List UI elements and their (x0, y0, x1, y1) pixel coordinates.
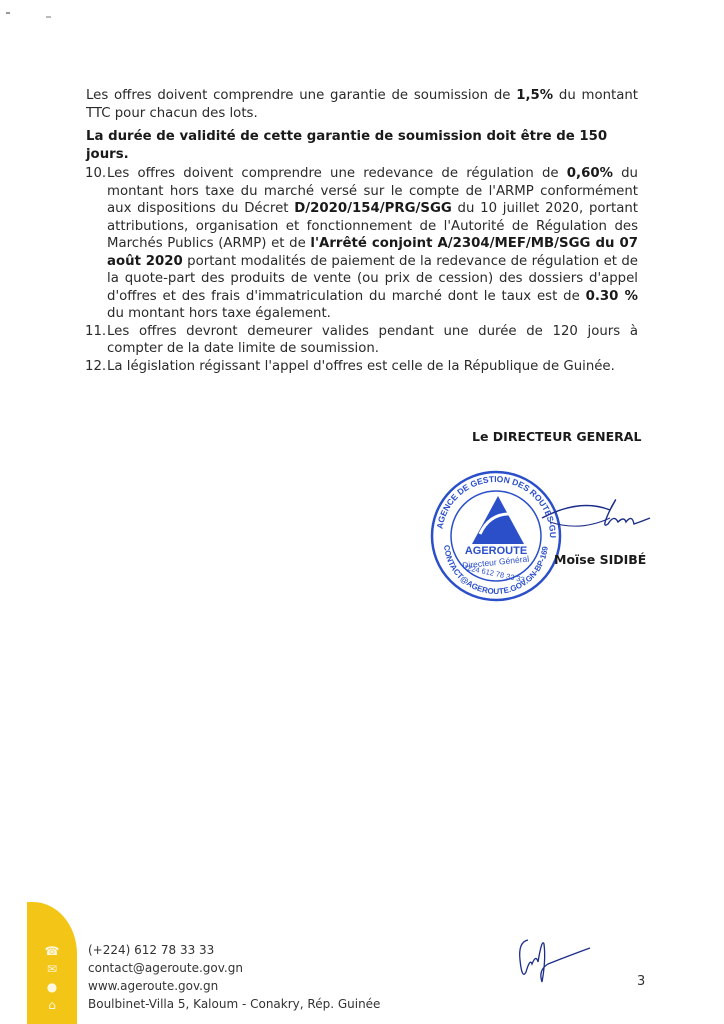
phone-icon: ☎ (27, 942, 77, 960)
guarantee-percentage: 1,5% (516, 88, 553, 103)
list-item-text: Les offres doivent comprendre une redeva… (107, 166, 567, 181)
list-item: 12.La législation régissant l'appel d'of… (86, 358, 638, 376)
footer-email[interactable]: contact@ageroute.gov.gn (88, 959, 380, 977)
emphasized-text: 0.30 % (586, 289, 638, 304)
list-item-text: Les offres devront demeurer valides pend… (107, 324, 638, 357)
signer-name: Moïse SIDIBÉ (554, 552, 646, 567)
initials-signature (508, 930, 598, 986)
document-page: Les offres doivent comprendre une garant… (0, 0, 724, 1024)
list-item-number: 10. (85, 165, 106, 183)
numbered-list: 10.Les offres doivent comprendre une red… (86, 165, 638, 375)
footer-contact: (+224) 612 78 33 33 contact@ageroute.gov… (88, 941, 380, 1013)
list-item: 10.Les offres doivent comprendre une red… (86, 165, 638, 323)
emphasized-text: 0,60% (567, 166, 613, 181)
validity-paragraph: La durée de validité de cette garantie d… (86, 128, 638, 163)
ageroute-logo-icon (472, 496, 524, 544)
list-item: 11.Les offres devront demeurer valides p… (86, 323, 638, 358)
footer-address: Boulbinet-Villa 5, Kaloum - Conakry, Rép… (88, 995, 380, 1013)
paragraph-text: Les offres doivent comprendre une garant… (86, 88, 516, 103)
footer-website[interactable]: www.ageroute.gov.gn (88, 977, 380, 995)
emphasized-text: D/2020/154/PRG/SGG (294, 201, 452, 216)
mail-icon: ✉ (27, 960, 77, 978)
list-item-text: du montant hors taxe également. (107, 306, 331, 321)
list-item-text: La législation régissant l'appel d'offre… (107, 359, 615, 374)
guarantee-paragraph: Les offres doivent comprendre une garant… (86, 87, 638, 122)
list-item-number: 12. (85, 358, 106, 376)
scan-artifact (46, 16, 51, 18)
handwritten-signature (540, 488, 660, 548)
scan-artifact (6, 12, 10, 14)
footer-icons: ☎ ✉ ● ⌂ (27, 942, 77, 1014)
signer-title: Le DIRECTEUR GENERAL (472, 429, 641, 444)
list-item-text: portant modalités de paiement de la rede… (107, 254, 638, 304)
home-icon: ⌂ (27, 996, 77, 1014)
list-item-number: 11. (85, 323, 106, 341)
page-number: 3 (637, 974, 645, 989)
location-icon: ● (27, 978, 77, 996)
footer-phone: (+224) 612 78 33 33 (88, 941, 380, 959)
